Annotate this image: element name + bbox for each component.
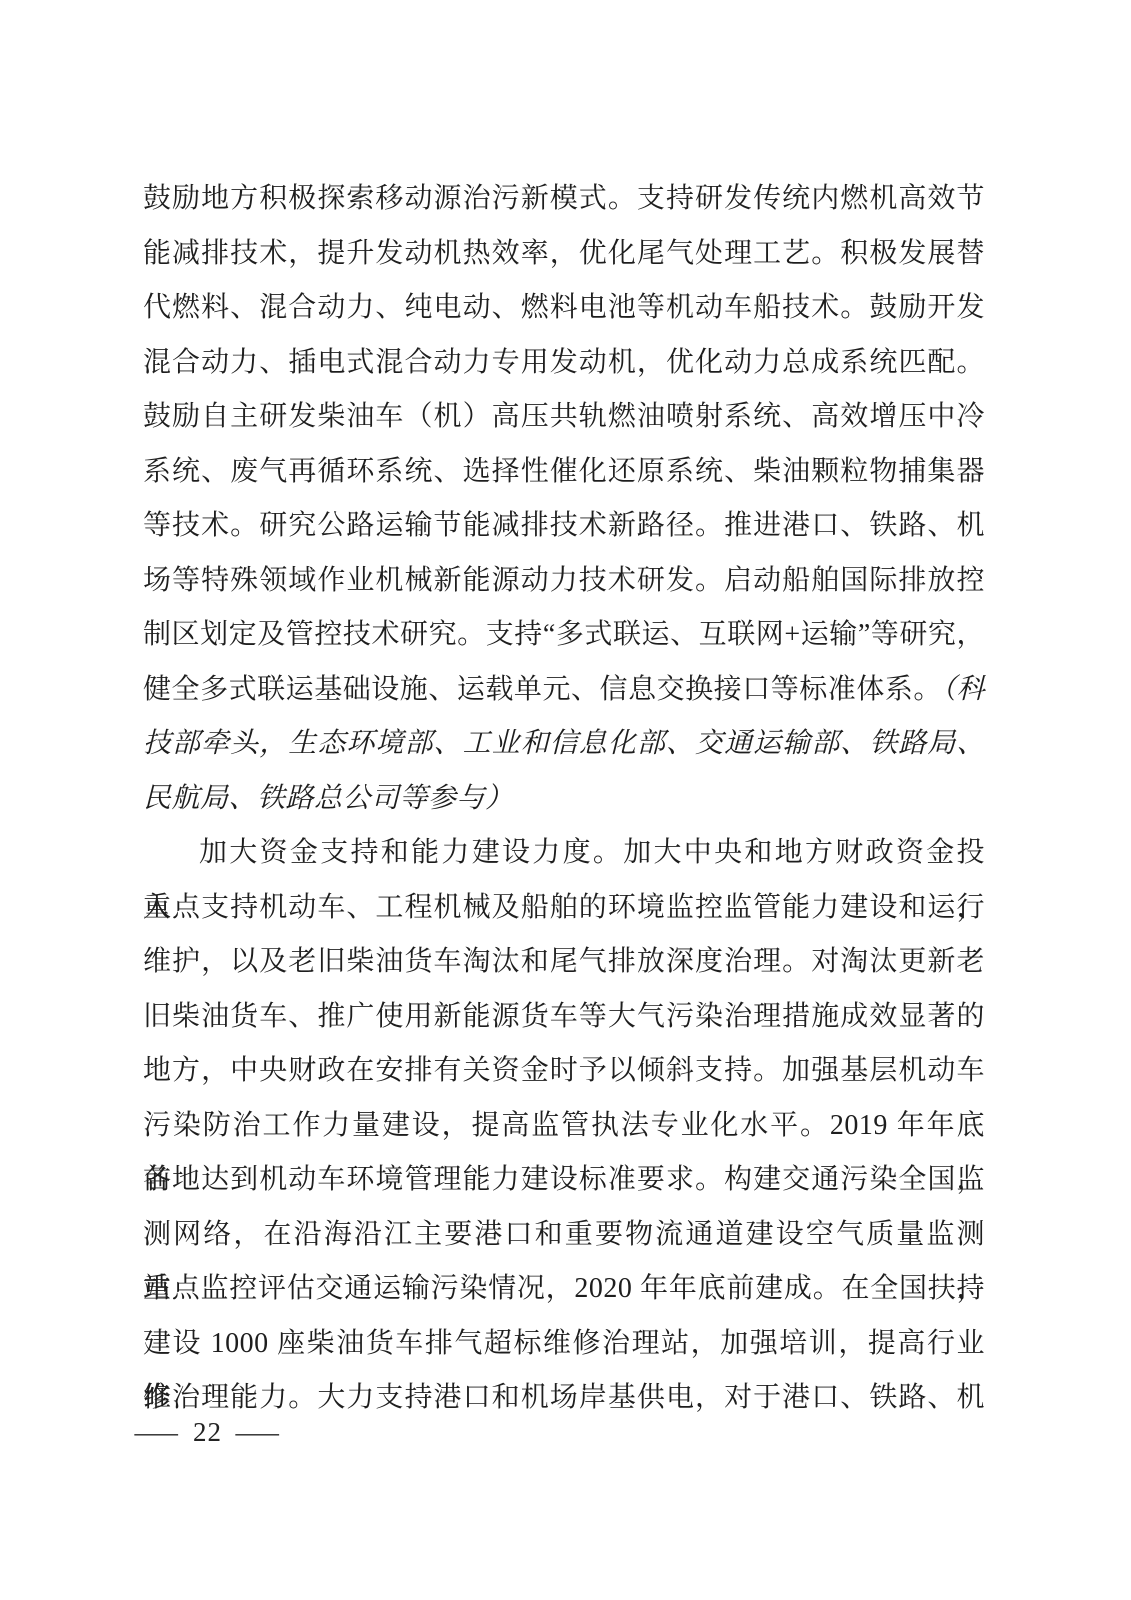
text-line: 各地达到机动车环境管理能力建设标准要求。构建交通污染全国监: [143, 1153, 985, 1208]
page-footer: —22—: [143, 1412, 272, 1452]
text-line-kaiti: 民航局、铁路总公司等参与）: [143, 772, 985, 827]
text-line: 系统、废气再循环系统、选择性催化还原系统、柴油颗粒物捕集器: [143, 445, 985, 500]
text-line: 维护，以及老旧柴油货车淘汰和尾气排放深度治理。对淘汰更新老: [143, 935, 985, 990]
text-line: 旧柴油货车、推广使用新能源货车等大气污染治理措施成效显著的: [143, 990, 985, 1045]
page-number: 22: [193, 1412, 222, 1452]
text-line: 代燃料、混合动力、纯电动、燃料电池等机动车船技术。鼓励开发: [143, 281, 985, 336]
body-text: 鼓励地方积极探索移动源治污新模式。支持研发传统内燃机高效节 能减排技术，提升发动…: [143, 172, 985, 1426]
text-line: 重点监控评估交通运输污染情况，2020 年年底前建成。在全国扶持: [143, 1262, 985, 1317]
text-line-kaiti: 技部牵头，生态环境部、工业和信息化部、交通运输部、铁路局、: [143, 717, 985, 772]
text-line: 建设 1000 座柴油货车排气超标维修治理站，加强培训，提高行业维: [143, 1317, 985, 1372]
text-segment-kaiti: （科: [942, 674, 985, 705]
text-line: 污染防治工作力量建设，提高监管执法专业化水平。2019 年年底前，: [143, 1099, 985, 1154]
text-line: 场等特殊领域作业机械新能源动力技术研发。启动船舶国际排放控: [143, 554, 985, 609]
paragraph-first-line: 加大资金支持和能力建设力度。加大中央和地方财政资金投入，: [143, 826, 985, 881]
text-line: 能减排技术，提升发动机热效率，优化尾气处理工艺。积极发展替: [143, 227, 985, 282]
text-line: 制区划定及管控技术研究。支持“多式联运、互联网+运输”等研究，: [143, 608, 985, 663]
text-line: 健全多式联运基础设施、运载单元、信息交换接口等标准体系。（科: [143, 663, 985, 718]
text-line: 重点支持机动车、工程机械及船舶的环境监控监管能力建设和运行: [143, 881, 985, 936]
text-line: 地方，中央财政在安排有关资金时予以倾斜支持。加强基层机动车: [143, 1044, 985, 1099]
footer-dash-right: —: [236, 1412, 281, 1452]
text-segment-fangsong: 健全多式联运基础设施、运载单元、信息交换接口等标准体系。: [143, 674, 942, 705]
text-line: 鼓励自主研发柴油车（机）高压共轨燃油喷射系统、高效增压中冷: [143, 390, 985, 445]
text-line: 混合动力、插电式混合动力专用发动机，优化动力总成系统匹配。: [143, 336, 985, 391]
document-page: 鼓励地方积极探索移动源治污新模式。支持研发传统内燃机高效节 能减排技术，提升发动…: [0, 0, 1131, 1600]
text-line: 鼓励地方积极探索移动源治污新模式。支持研发传统内燃机高效节: [143, 172, 985, 227]
text-line: 测网络，在沿海沿江主要港口和重要物流通道建设空气质量监测站，: [143, 1208, 985, 1263]
text-line: 等技术。研究公路运输节能减排技术新路径。推进港口、铁路、机: [143, 499, 985, 554]
footer-dash-left: —: [135, 1412, 180, 1452]
